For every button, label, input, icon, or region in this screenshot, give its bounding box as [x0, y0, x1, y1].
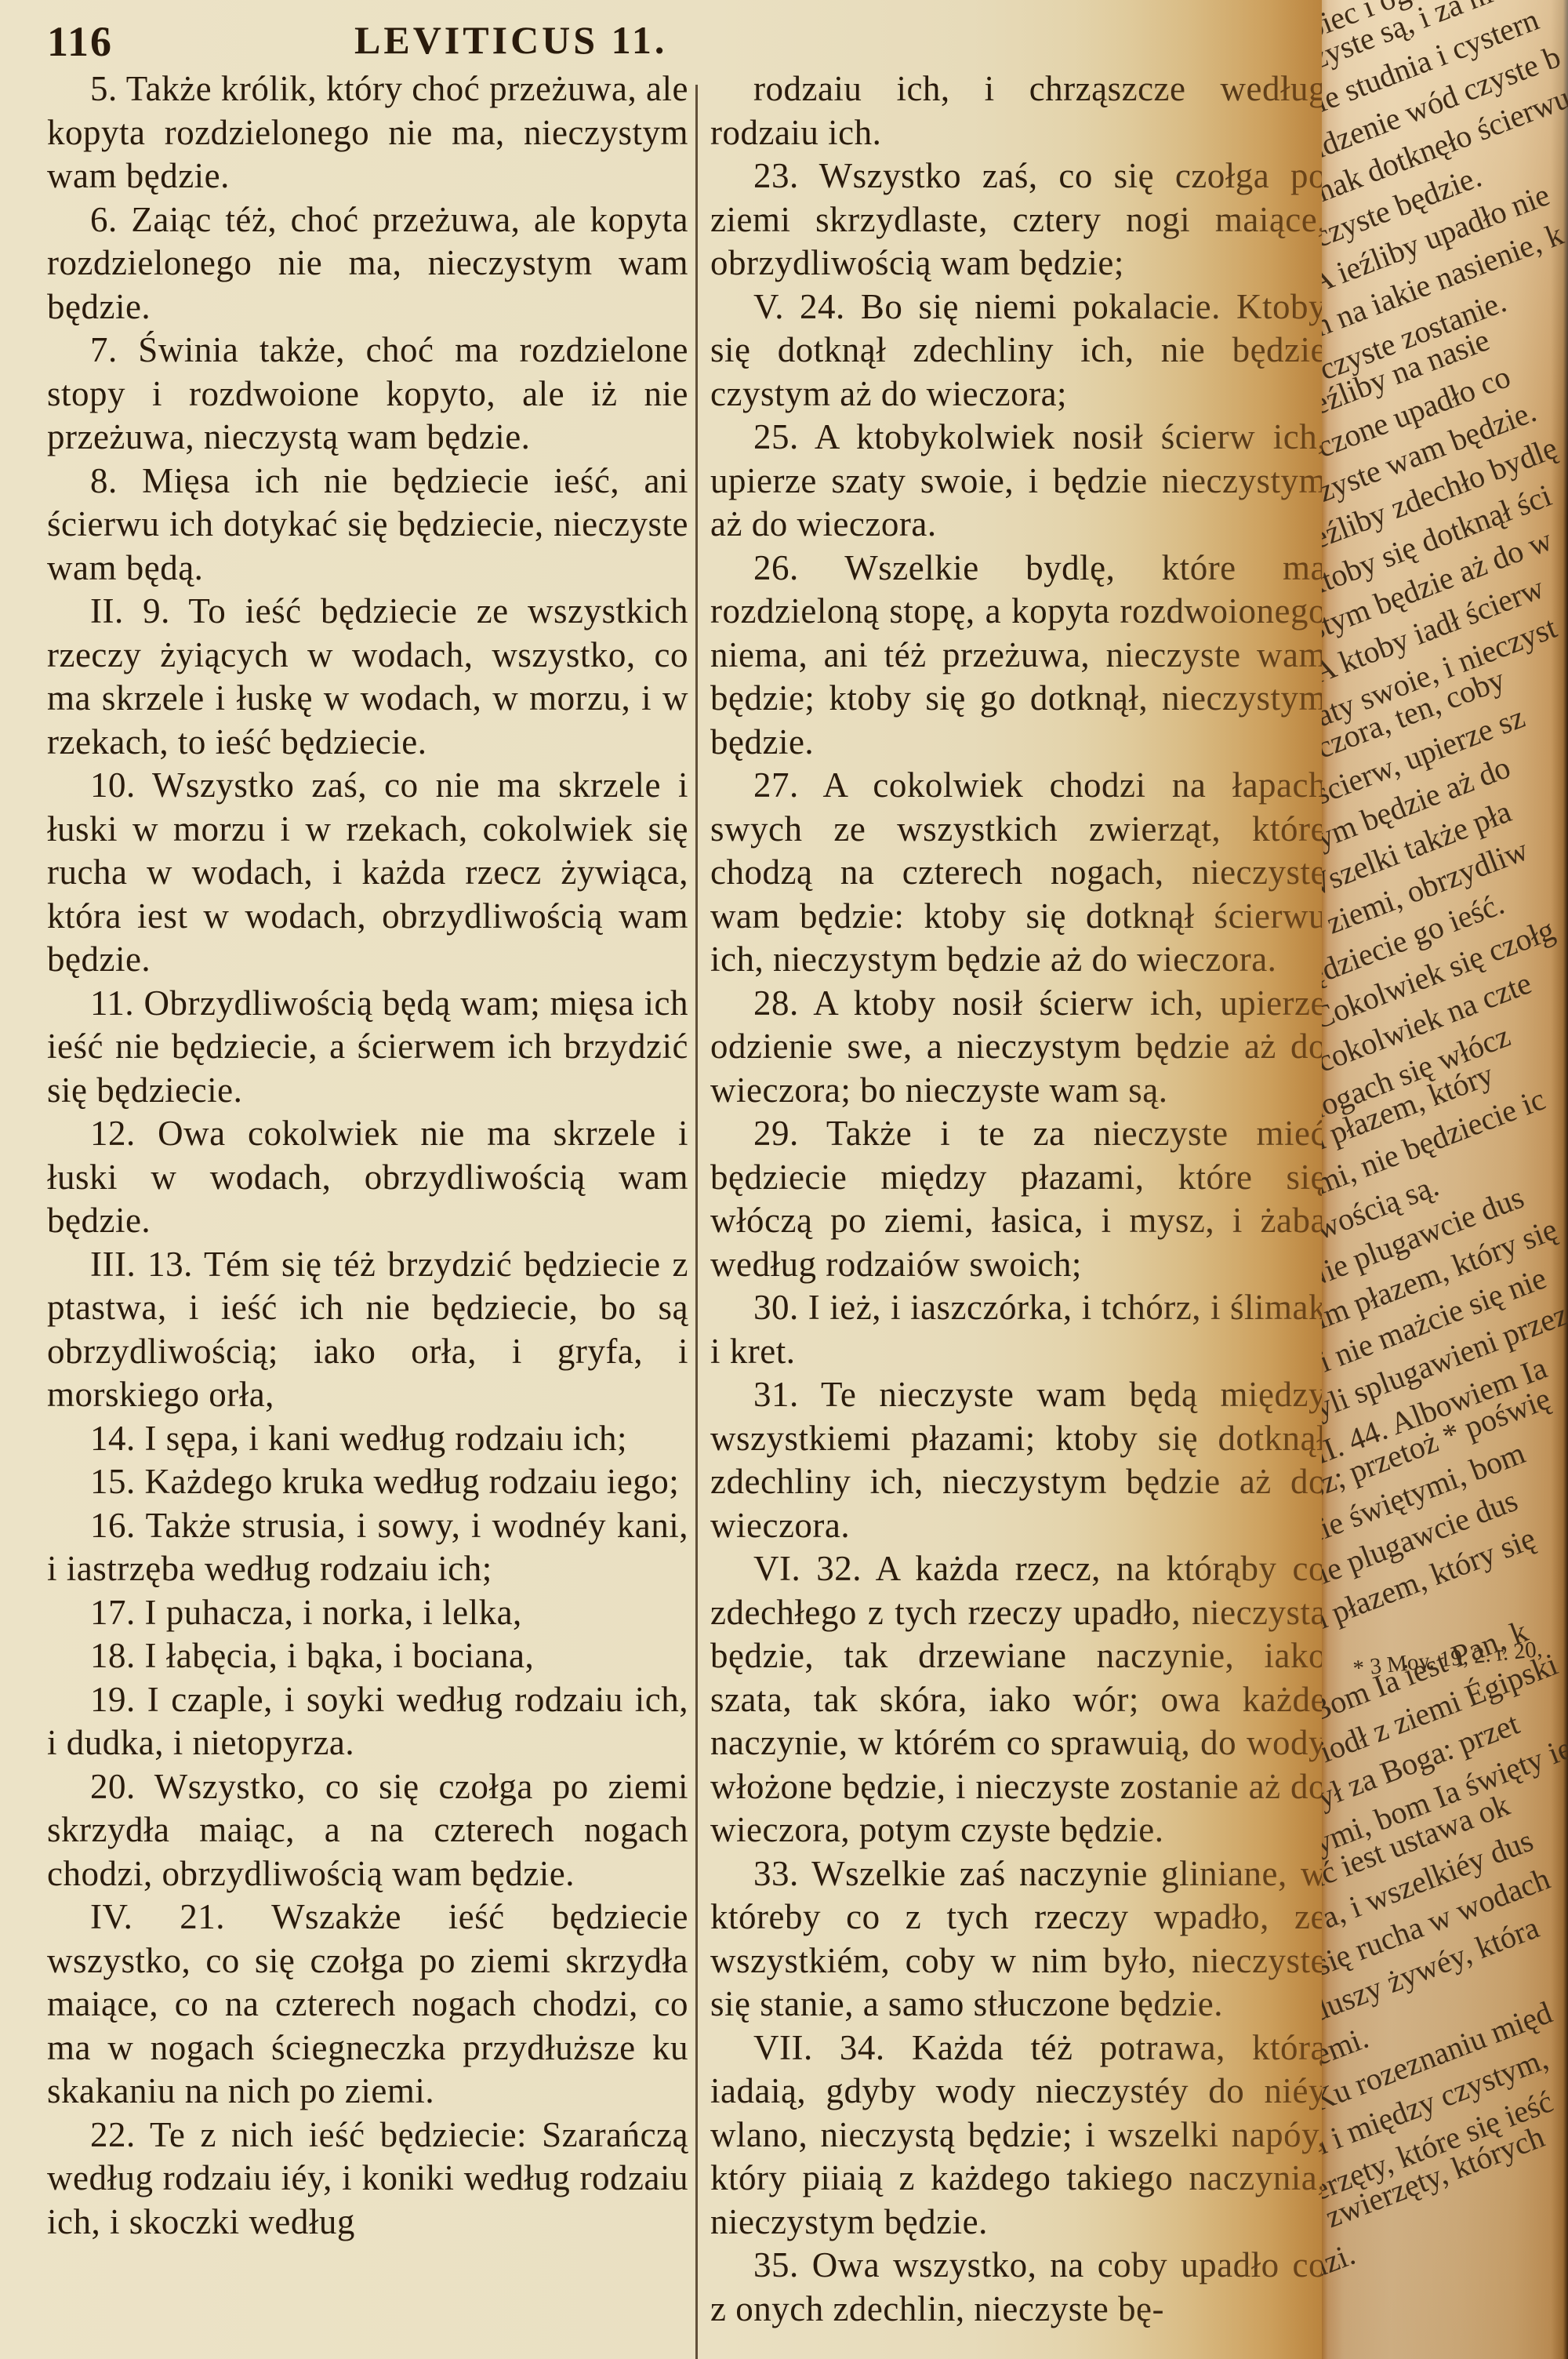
- verse: III. 13. Tém się téż brzydzić będziecie …: [47, 1243, 688, 1417]
- verse: 31. Te nieczyste wam będą między wszystk…: [710, 1373, 1327, 1547]
- verse: 12. Owa cokolwiek nie ma skrzele i łuski…: [47, 1112, 688, 1243]
- right-column: rodzaiu ich, i chrząszcze według rodzaiu…: [710, 67, 1327, 2351]
- verse: 30. I ież, i iaszczórka, i tchórz, i śli…: [710, 1286, 1327, 1373]
- verse: V. 24. Bo się niemi pokalacie. Ktoby się…: [710, 285, 1327, 416]
- verse: 18. I łabęcia, i bąka, i bociana,: [47, 1634, 688, 1678]
- book-page: 116 LEVITICUS 11. 5. Także królik, który…: [0, 0, 1568, 2359]
- verse: II. 9. To ieść będziecie ze wszystkich r…: [47, 590, 688, 764]
- verse: 33. Wszelkie zaś naczynie gliniane, w kt…: [710, 1852, 1327, 2026]
- verse: rodzaiu ich, i chrząszcze według rodzaiu…: [710, 67, 1327, 154]
- verse: 11. Obrzydliwością będą wam; mięsa ich i…: [47, 982, 688, 1113]
- verse: 26. Wszelkie bydlę, które ma rozdzieloną…: [710, 547, 1327, 765]
- verse: 23. Wszystko zaś, co się czołga po ziemi…: [710, 154, 1327, 285]
- column-divider: [695, 85, 698, 2359]
- curl-text-line: godzi.: [1322, 2236, 1360, 2298]
- verse: 27. A cokolwiek chodzi na łapach swych z…: [710, 764, 1327, 982]
- verse: IV. 21. Wszakże ieść będziecie wszystko,…: [47, 1896, 688, 2114]
- verse: 28. A ktoby nosił ścierw ich, upierze od…: [710, 982, 1327, 1113]
- verse: 6. Zaiąc téż, choć przeżuwa, ale kopyta …: [47, 198, 688, 329]
- verse: 19. I czaple, i soyki według rodzaiu ich…: [47, 1678, 688, 1765]
- verse: 25. A ktobykolwiek nosił ścierw ich, upi…: [710, 416, 1327, 547]
- verse: 17. I puhacza, i norka, i lelka,: [47, 1591, 688, 1635]
- verse: 10. Wszystko zaś, co nie ma skrzele i łu…: [47, 764, 688, 982]
- verse: 16. Także strusia, i sowy, i wodnéy kani…: [47, 1504, 688, 1591]
- verse: 7. Świnia także, choć ma rozdzielone sto…: [47, 329, 688, 460]
- verse: 20. Wszystko, co się czołga po ziemi skr…: [47, 1765, 688, 1896]
- verse: 8. Mięsa ich nie będziecie ieść, ani ści…: [47, 460, 688, 591]
- verse: 15. Każdego kruka według rodzaiu iego;: [47, 1460, 688, 1504]
- verse: 22. Te z nich ieść będziecie: Szarańczą …: [47, 2114, 688, 2245]
- verse: 5. Także królik, który choć przeżuwa, al…: [47, 67, 688, 198]
- verse: 14. I sępa, i kani według rodzaiu ich;: [47, 1417, 688, 1461]
- verse: VI. 32. A każda rzecz, na którąby co zde…: [710, 1547, 1327, 1852]
- left-column: 5. Także królik, który choć przeżuwa, al…: [47, 67, 688, 2351]
- verse: VII. 34. Każda téż potrawa, którą iadaią…: [710, 2026, 1327, 2245]
- verse: 29. Także i te za nieczyste mieć będziec…: [710, 1112, 1327, 1286]
- page-number: 116: [47, 17, 113, 66]
- curled-page-edge: piec i ognisko rozwieczyste są, i za nie…: [1322, 0, 1568, 2359]
- verse: 35. Owa wszystko, na coby upadło co z on…: [710, 2244, 1327, 2331]
- page-title: LEVITICUS 11.: [354, 17, 667, 63]
